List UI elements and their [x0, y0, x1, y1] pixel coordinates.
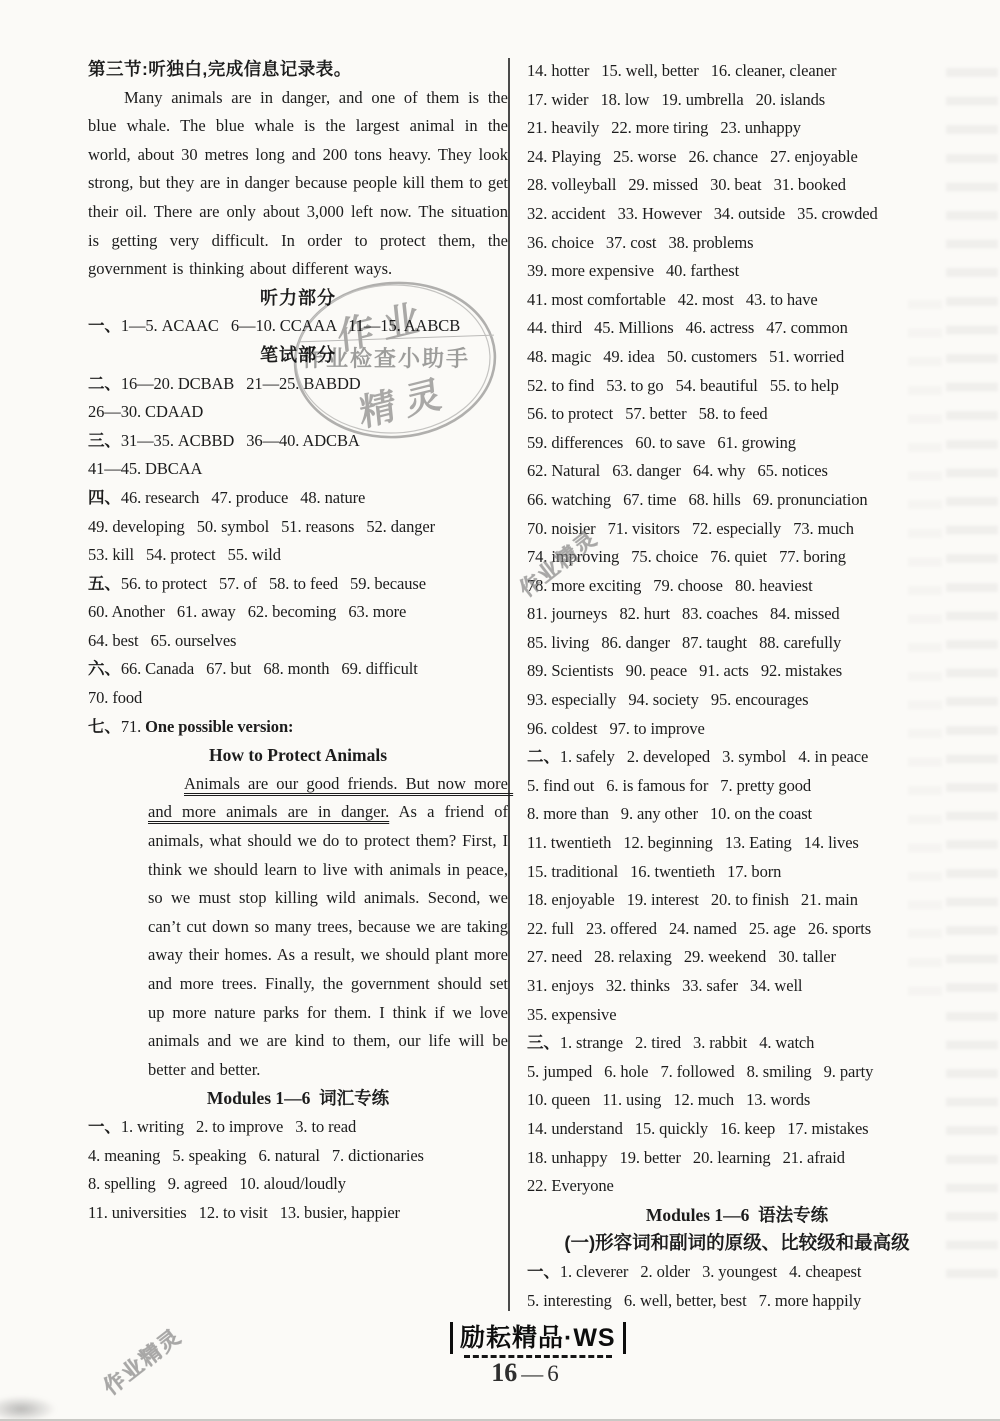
text-segment: 一、 — [88, 317, 121, 335]
answer-line: 28. volleyball 29. missed 30. beat 31. b… — [527, 171, 947, 200]
answer-line: 4. meaning 5. speaking 6. natural 7. dic… — [88, 1142, 508, 1171]
text-segment: 4. meaning 5. speaking 6. natural 7. dic… — [88, 1146, 424, 1165]
answer-line: 11. twentieth 12. beginning 13. Eating 1… — [527, 829, 947, 858]
answer-line: 5. find out 6. is famous for 7. pretty g… — [527, 772, 947, 801]
text-segment: 一、 — [88, 1118, 121, 1136]
text-segment: (一)形容词和副词的原级、比较级和最高级 — [564, 1232, 909, 1253]
text-segment: 74. improving 75. choice 76. quiet 77. b… — [527, 547, 846, 566]
text-segment: 1. safely 2. developed 3. symbol 4. in p… — [560, 747, 868, 766]
scanned-answer-key-page: 第三节:听独白,完成信息记录表。Many animals are in dang… — [0, 0, 1000, 1421]
text-segment: 41—45. DBCAA — [88, 459, 202, 478]
answer-line: 41—45. DBCAA — [88, 455, 508, 484]
text-segment: 27. need 28. relaxing 29. weekend 30. ta… — [527, 947, 836, 966]
scan-smudge — [0, 1396, 56, 1421]
text-segment: 48. magic 49. idea 50. customers 51. wor… — [527, 347, 844, 366]
text-segment: 22. full 23. offered 24. named 25. age 2… — [527, 919, 871, 938]
text-segment: 53. kill 54. protect 55. wild — [88, 545, 281, 564]
page-number-dash: — — [521, 1361, 543, 1386]
module-grammar-title: Modules 1—6 语法专练 — [527, 1201, 947, 1230]
text-segment: 52. to find 53. to go 54. beautiful 55. … — [527, 376, 839, 395]
text-segment: 66. watching 67. time 68. hills 69. pron… — [527, 490, 868, 509]
answer-line: 18. unhappy 19. better 20. learning 21. … — [527, 1144, 947, 1173]
text-segment: 28. volleyball 29. missed 30. beat 31. b… — [527, 175, 846, 194]
answer-line: 三、31—35. ACBBD 36—40. ADCBA — [88, 427, 508, 456]
module-vocab-title: Modules 1—6 词汇专练 — [88, 1084, 508, 1113]
text-segment: 89. Scientists 90. peace 91. acts 92. mi… — [527, 661, 842, 680]
answer-line: 44. third 45. Millions 46. actress 47. c… — [527, 314, 947, 343]
answer-line: 二、1. safely 2. developed 3. symbol 4. in… — [527, 743, 947, 772]
publisher-logo-text: 励耘精品·WS — [450, 1322, 626, 1354]
answer-line: 24. Playing 25. worse 26. chance 27. enj… — [527, 143, 947, 172]
text-segment: 14. understand 15. quickly 16. keep 17. … — [527, 1119, 869, 1138]
text-segment: 24. Playing 25. worse 26. chance 27. enj… — [527, 147, 858, 166]
text-segment: Many animals are in danger, and one of t… — [88, 88, 514, 279]
answer-line: 二、16—20. DCBAB 21—25. BABDD — [88, 370, 508, 399]
text-segment: As a friend of animals, what should we d… — [148, 802, 513, 1078]
answer-line: 60. Another 61. away 62. becoming 63. mo… — [88, 598, 508, 627]
answer-line: 10. queen 11. using 12. much 13. words — [527, 1086, 947, 1115]
text-segment: 93. especially 94. society 95. encourage… — [527, 690, 808, 709]
answer-line: 五、56. to protect 57. of 58. to feed 59. … — [88, 570, 508, 599]
answer-line: 一、1. cleverer 2. older 3. youngest 4. ch… — [527, 1258, 947, 1287]
text-segment: 听力部分 — [260, 288, 336, 308]
text-segment: 71. — [121, 717, 145, 736]
text-segment: 笔试部分 — [260, 345, 336, 365]
text-segment: 56. to protect 57. better 58. to feed — [527, 404, 768, 423]
text-segment: 一、 — [527, 1263, 560, 1281]
text-segment: 35. expensive — [527, 1005, 616, 1024]
answer-line: 27. need 28. relaxing 29. weekend 30. ta… — [527, 943, 947, 972]
written-section-title: 笔试部分 — [88, 341, 508, 370]
text-segment: 5. jumped 6. hole 7. followed 8. smiling… — [527, 1062, 873, 1081]
answer-line: 14. hotter 15. well, better 16. cleaner,… — [527, 57, 947, 86]
essay-title: How to Protect Animals — [88, 741, 508, 770]
text-segment: 5. interesting 6. well, better, best 7. … — [527, 1291, 861, 1310]
essay-body: Animals are our good friends. But now mo… — [148, 770, 508, 1085]
page-bleedthrough — [946, 68, 998, 1298]
text-segment: 四、 — [88, 489, 121, 507]
text-segment: Modules 1—6 语法专练 — [646, 1205, 828, 1225]
text-segment: 16—20. DCBAB 21—25. BABDD — [121, 374, 361, 393]
answer-line: 三、1. strange 2. tired 3. rabbit 4. watch — [527, 1029, 947, 1058]
text-segment: 1—5. ACAAC 6—10. CCAAA 11—15. AABCB — [121, 316, 460, 335]
answer-line: 74. improving 75. choice 76. quiet 77. b… — [527, 543, 947, 572]
text-segment: 六、 — [88, 660, 121, 678]
answer-line: 26—30. CDAAD — [88, 398, 508, 427]
text-segment: 39. more expensive 40. farthest — [527, 261, 739, 280]
text-segment: 5. find out 6. is famous for 7. pretty g… — [527, 776, 811, 795]
text-segment: 64. best 65. ourselves — [88, 631, 236, 650]
answer-line: 62. Natural 63. danger 64. why 65. notic… — [527, 457, 947, 486]
section-header: 第三节:听独白,完成信息记录表。 — [88, 55, 508, 84]
text-segment: 46. research 47. produce 48. nature — [121, 488, 365, 507]
answer-line: 48. magic 49. idea 50. customers 51. wor… — [527, 343, 947, 372]
answer-line: 18. enjoyable 19. interest 20. to finish… — [527, 886, 947, 915]
answer-line: 31. enjoys 32. thinks 33. safer 34. well — [527, 972, 947, 1001]
text-segment: 二、 — [88, 375, 121, 393]
text-segment: One possible version: — [145, 717, 293, 736]
text-segment: 32. accident 33. However 34. outside 35.… — [527, 204, 878, 223]
text-segment: 31. enjoys 32. thinks 33. safer 34. well — [527, 976, 802, 995]
answer-line: 66. watching 67. time 68. hills 69. pron… — [527, 486, 947, 515]
text-segment: 26—30. CDAAD — [88, 402, 203, 421]
answer-line: 21. heavily 22. more tiring 23. unhappy — [527, 114, 947, 143]
answer-line: 85. living 86. danger 87. taught 88. car… — [527, 629, 947, 658]
answer-line: 53. kill 54. protect 55. wild — [88, 541, 508, 570]
answer-line: 70. food — [88, 684, 508, 713]
answer-line: 36. choice 37. cost 38. problems — [527, 229, 947, 258]
answer-line: 七、71. One possible version: — [88, 713, 508, 742]
answer-line: 11. universities 12. to visit 13. busier… — [88, 1199, 508, 1228]
text-segment: 56. to protect 57. of 58. to feed 59. be… — [121, 574, 426, 593]
text-segment: 11. twentieth 12. beginning 13. Eating 1… — [527, 833, 859, 852]
answer-line: 70. noisier 71. visitors 72. especially … — [527, 515, 947, 544]
text-segment: 70. noisier 71. visitors 72. especially … — [527, 519, 854, 538]
text-segment: 70. food — [88, 688, 142, 707]
answer-line: 8. spelling 9. agreed 10. aloud/loudly — [88, 1170, 508, 1199]
answer-line: 52. to find 53. to go 54. beautiful 55. … — [527, 372, 947, 401]
text-segment: 85. living 86. danger 87. taught 88. car… — [527, 633, 841, 652]
answer-line: 四、46. research 47. produce 48. nature — [88, 484, 508, 513]
text-segment: 1. strange 2. tired 3. rabbit 4. watch — [560, 1033, 815, 1052]
text-segment: 8. more than 9. any other 10. on the coa… — [527, 804, 812, 823]
listening-passage: Many animals are in danger, and one of t… — [88, 84, 508, 284]
text-segment: 21. heavily 22. more tiring 23. unhappy — [527, 118, 801, 137]
text-segment: 59. differences 60. to save 61. growing — [527, 433, 796, 452]
text-segment: 60. Another 61. away 62. becoming 63. mo… — [88, 602, 406, 621]
text-segment: 三、 — [527, 1034, 560, 1052]
text-segment: 14. hotter 15. well, better 16. cleaner,… — [527, 61, 836, 80]
text-segment: 三、 — [88, 432, 121, 450]
text-segment: 15. traditional 16. twentieth 17. born — [527, 862, 781, 881]
answer-line: 93. especially 94. society 95. encourage… — [527, 686, 947, 715]
text-segment: 10. queen 11. using 12. much 13. words — [527, 1090, 810, 1109]
answer-line: 六、66. Canada 67. but 68. month 69. diffi… — [88, 655, 508, 684]
text-segment: 二、 — [527, 748, 560, 766]
answer-line: 8. more than 9. any other 10. on the coa… — [527, 800, 947, 829]
text-segment: 22. Everyone — [527, 1176, 614, 1195]
diagonal-watermark: 作业精灵 — [97, 1321, 188, 1401]
answer-line: 35. expensive — [527, 1001, 947, 1030]
text-segment: 96. coldest 97. to improve — [527, 719, 705, 738]
text-segment: 18. enjoyable 19. interest 20. to finish… — [527, 890, 858, 909]
answer-line: 39. more expensive 40. farthest — [527, 257, 947, 286]
answer-line: 32. accident 33. However 34. outside 35.… — [527, 200, 947, 229]
answer-line: 一、1. writing 2. to improve 3. to read — [88, 1113, 508, 1142]
text-segment: 62. Natural 63. danger 64. why 65. notic… — [527, 461, 828, 480]
text-segment: 78. more exciting 79. choose 80. heavies… — [527, 576, 813, 595]
text-segment: 31—35. ACBBD 36—40. ADCBA — [121, 431, 360, 450]
text-segment: 七、 — [88, 718, 121, 736]
text-segment: 66. Canada 67. but 68. month 69. difficu… — [121, 659, 418, 678]
answer-line: 17. wider 18. low 19. umbrella 20. islan… — [527, 86, 947, 115]
text-segment: Modules 1—6 词汇专练 — [207, 1088, 389, 1108]
text-segment: How to Protect Animals — [209, 745, 387, 765]
answer-line: 64. best 65. ourselves — [88, 627, 508, 656]
grammar-subtitle: (一)形容词和副词的原级、比较级和最高级 — [527, 1229, 947, 1258]
answer-line: 56. to protect 57. better 58. to feed — [527, 400, 947, 429]
text-segment: 44. third 45. Millions 46. actress 47. c… — [527, 318, 848, 337]
page-number-page: 6 — [547, 1361, 559, 1386]
text-segment: 49. developing 50. symbol 51. reasons 52… — [88, 517, 435, 536]
left-column: 第三节:听独白,完成信息记录表。Many animals are in dang… — [88, 55, 508, 1227]
answer-line: 一、1—5. ACAAC 6—10. CCAAA 11—15. AABCB — [88, 312, 508, 341]
text-segment: 18. unhappy 19. better 20. learning 21. … — [527, 1148, 845, 1167]
listening-section-title: 听力部分 — [88, 284, 508, 313]
text-segment: 五、 — [88, 575, 121, 593]
answer-line: 5. interesting 6. well, better, best 7. … — [527, 1287, 947, 1316]
answer-line: 22. Everyone — [527, 1172, 947, 1201]
text-segment: 第三节:听独白,完成信息记录表。 — [88, 59, 352, 79]
answer-line: 49. developing 50. symbol 51. reasons 52… — [88, 513, 508, 542]
text-segment: 81. journeys 82. hurt 83. coaches 84. mi… — [527, 604, 840, 623]
text-segment: 1. cleverer 2. older 3. youngest 4. chea… — [560, 1262, 862, 1281]
answer-line: 89. Scientists 90. peace 91. acts 92. mi… — [527, 657, 947, 686]
text-segment: 36. choice 37. cost 38. problems — [527, 233, 753, 252]
publisher-logo: 励耘精品·WS — [450, 1322, 626, 1358]
right-column: 14. hotter 15. well, better 16. cleaner,… — [527, 57, 947, 1315]
answer-line: 78. more exciting 79. choose 80. heavies… — [527, 572, 947, 601]
text-segment: 41. most comfortable 42. most 43. to hav… — [527, 290, 818, 309]
page-number-book: 16 — [491, 1358, 517, 1387]
text-segment: 11. universities 12. to visit 13. busier… — [88, 1203, 400, 1222]
answer-line: 5. jumped 6. hole 7. followed 8. smiling… — [527, 1058, 947, 1087]
page-number: 16 — 6 — [440, 1358, 610, 1388]
text-segment: 1. writing 2. to improve 3. to read — [121, 1117, 356, 1136]
text-segment: 17. wider 18. low 19. umbrella 20. islan… — [527, 90, 825, 109]
answer-line: 81. journeys 82. hurt 83. coaches 84. mi… — [527, 600, 947, 629]
answer-line: 15. traditional 16. twentieth 17. born — [527, 858, 947, 887]
answer-line: 41. most comfortable 42. most 43. to hav… — [527, 286, 947, 315]
text-segment: 8. spelling 9. agreed 10. aloud/loudly — [88, 1174, 346, 1193]
answer-line: 59. differences 60. to save 61. growing — [527, 429, 947, 458]
answer-line: 22. full 23. offered 24. named 25. age 2… — [527, 915, 947, 944]
answer-line: 14. understand 15. quickly 16. keep 17. … — [527, 1115, 947, 1144]
answer-line: 96. coldest 97. to improve — [527, 715, 947, 744]
